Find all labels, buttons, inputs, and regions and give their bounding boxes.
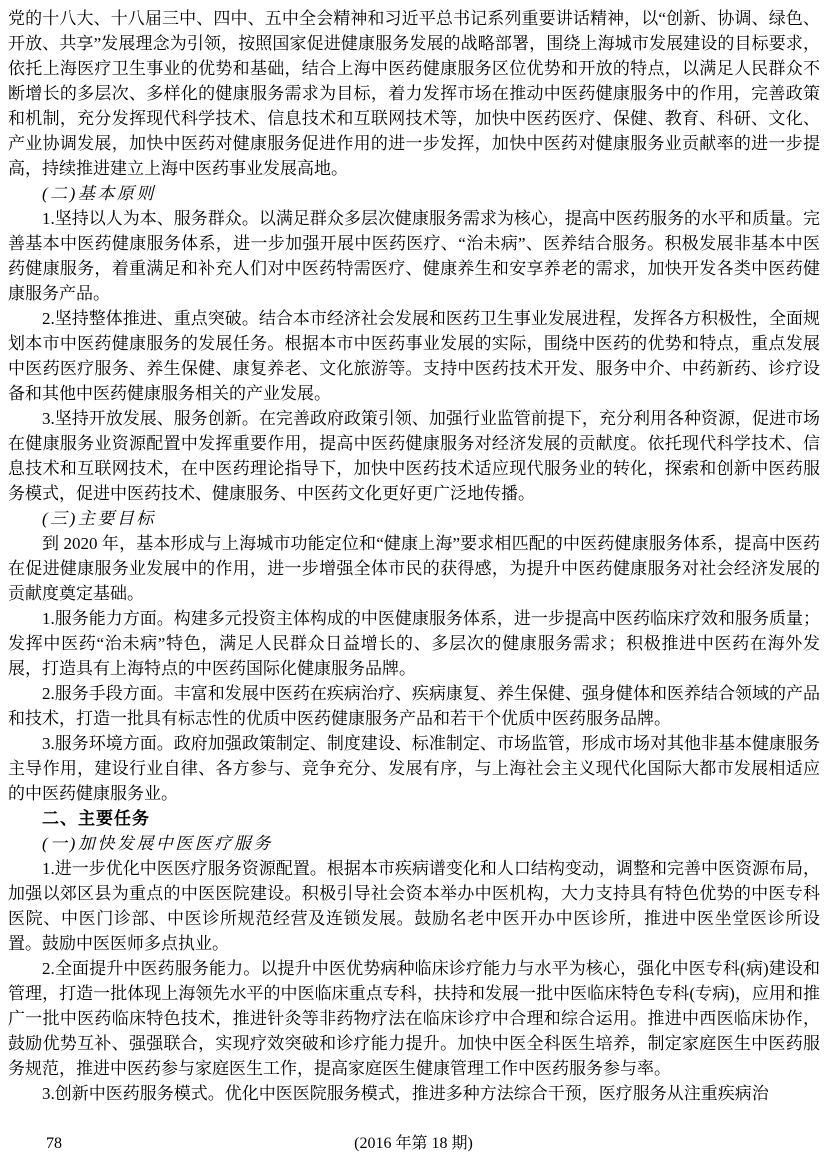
document-page: 党的十八大、十八届三中、四中、五中全会精神和习近平总书记系列重要讲话精神，以“创… bbox=[0, 0, 827, 1170]
heading-main-tasks: 二、主要任务 bbox=[8, 806, 820, 831]
paragraph-task-resource-allocation: 1.进一步优化中医医疗服务资源配置。根据本市疾病谱变化和人口结构变动，调整和完善… bbox=[8, 856, 820, 956]
heading-basic-principles: (二)基本原则 bbox=[8, 181, 820, 206]
paragraph-principle-3: 3.坚持开放发展、服务创新。在完善政府政策引领、加强行业监管前提下，充分利用各种… bbox=[8, 406, 820, 506]
paragraph-objective-service-methods: 2.服务手段方面。丰富和发展中医药在疾病治疗、疾病康复、养生保健、强身健体和医养… bbox=[8, 681, 820, 731]
document-body: 党的十八大、十八届三中、四中、五中全会精神和习近平总书记系列重要讲话精神，以“创… bbox=[8, 6, 820, 1126]
footer-issue-label: (2016 年第 18 期) bbox=[0, 1134, 827, 1154]
paragraph-continuation: 党的十八大、十八届三中、四中、五中全会精神和习近平总书记系列重要讲话精神，以“创… bbox=[8, 6, 820, 181]
paragraph-objective-service-environment: 3.服务环境方面。政府加强政策制定、制度建设、标准制定、市场监管，形成市场对其他… bbox=[8, 731, 820, 806]
paragraph-objectives-overview: 到 2020 年，基本形成与上海城市功能定位和“健康上海”要求相匹配的中医药健康… bbox=[8, 531, 820, 606]
heading-develop-tcm-medical-services: (一)加快发展中医医疗服务 bbox=[8, 831, 820, 856]
paragraph-principle-1: 1.坚持以人为本、服务群众。以满足群众多层次健康服务需求为核心，提高中医药服务的… bbox=[8, 206, 820, 306]
heading-main-objectives: (三)主要目标 bbox=[8, 506, 820, 531]
paragraph-objective-service-capability: 1.服务能力方面。构建多元投资主体构成的中医健康服务体系，进一步提高中医药临床疗… bbox=[8, 606, 820, 681]
paragraph-principle-2: 2.坚持整体推进、重点突破。结合本市经济社会发展和医药卫生事业发展进程，发挥各方… bbox=[8, 306, 820, 406]
paragraph-task-service-capability: 2.全面提升中医药服务能力。以提升中医优势病种临床诊疗能力与水平为核心，强化中医… bbox=[8, 956, 820, 1081]
paragraph-task-service-model: 3.创新中医药服务模式。优化中医医院服务模式，推进多种方法综合干预，医疗服务从注… bbox=[8, 1081, 820, 1106]
